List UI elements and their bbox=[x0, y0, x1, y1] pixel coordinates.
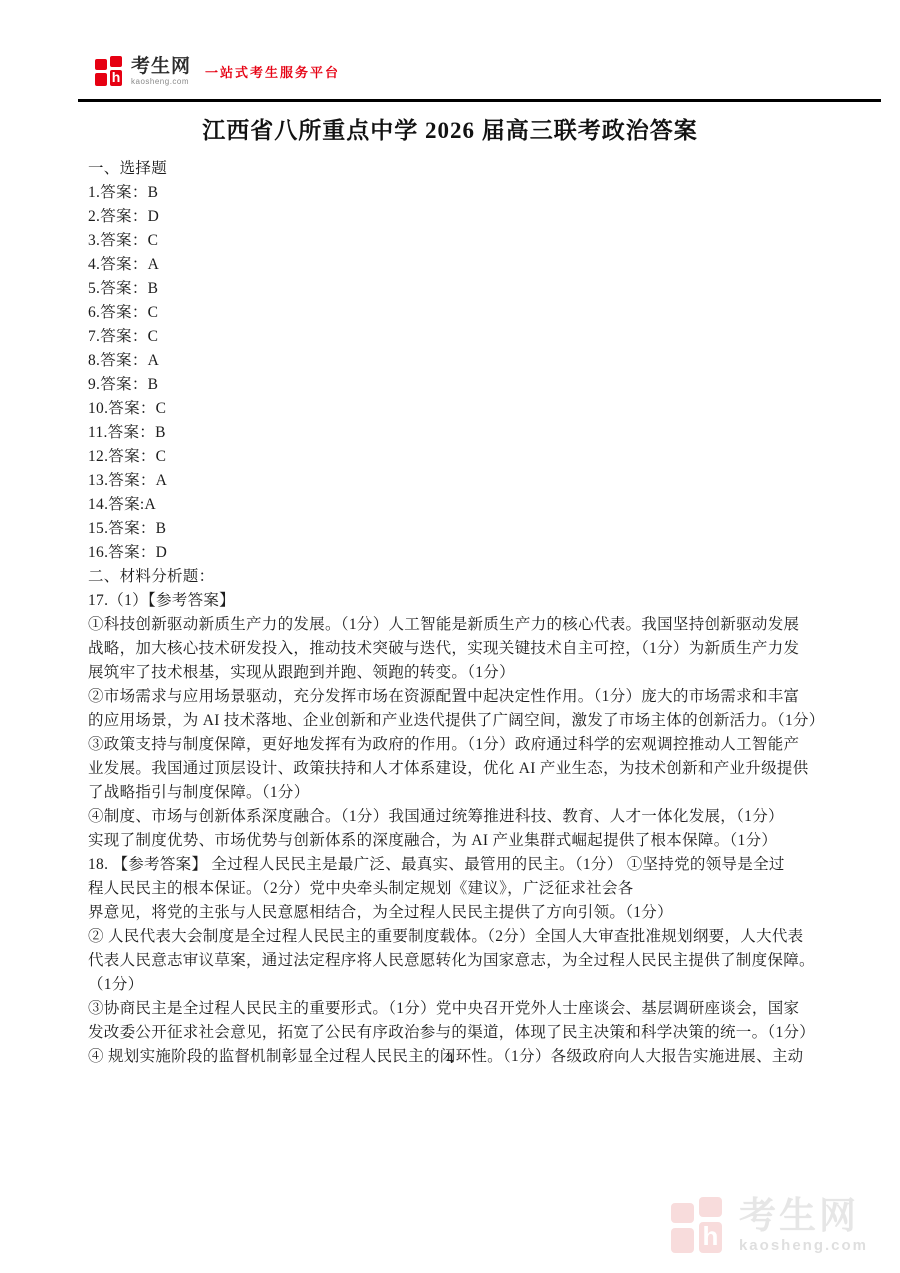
answer-text-line: 战略，加大核心技术研发投入，推动技术突破与迭代，实现关键技术自主可控，（1分）为… bbox=[88, 637, 832, 661]
watermark: h 考生网 kaosheng.com bbox=[671, 1197, 868, 1253]
answer-text-line: ①科技创新驱动新质生产力的发展。（1分）人工智能是新质生产力的核心代表。我国坚持… bbox=[88, 613, 832, 637]
answer-line: 10.答案：C bbox=[88, 397, 832, 421]
answer-text-line: ③协商民主是全过程人民民主的重要形式。（1分）党中央召开党外人士座谈会、基层调研… bbox=[88, 997, 832, 1021]
answer-text-line: 的应用场景，为 AI 技术落地、企业创新和产业迭代提供了广阔空间，激发了市场主体… bbox=[88, 709, 832, 733]
logo-block bbox=[95, 73, 107, 86]
answer-text-line: ② 人民代表大会制度是全过程人民民主的重要制度载体。（2分）全国人大审查批准规划… bbox=[88, 925, 832, 949]
answer-text-line: 实现了制度优势、市场优势与创新体系的深度融合，为 AI 产业集群式崛起提供了根本… bbox=[88, 829, 832, 853]
answer-line: 16.答案：D bbox=[88, 541, 832, 565]
answer-line: 15.答案：B bbox=[88, 517, 832, 541]
logo-h-cut: h bbox=[110, 69, 122, 86]
logo-block bbox=[95, 59, 107, 70]
answer-line: 6.答案：C bbox=[88, 301, 832, 325]
page-number: 4 bbox=[0, 1052, 900, 1068]
answer-line: 12.答案：C bbox=[88, 445, 832, 469]
watermark-domain-text: kaosheng.com bbox=[739, 1238, 868, 1253]
q17-label: 17.（1）【参考答案】 bbox=[88, 589, 832, 613]
answer-line: 11.答案：B bbox=[88, 421, 832, 445]
logo-tagline: 一站式考生服务平台 bbox=[205, 62, 340, 81]
answer-line: 8.答案：A bbox=[88, 349, 832, 373]
header-divider-rule bbox=[78, 99, 881, 102]
watermark-logo-block bbox=[671, 1228, 694, 1253]
answer-line: 1.答案：B bbox=[88, 181, 832, 205]
answer-text-line: 业发展。我国通过顶层设计、政策扶持和人才体系建设，优化 AI 产业生态，为技术创… bbox=[88, 757, 832, 781]
kaosheng-watermark-logo-icon: h bbox=[671, 1197, 727, 1253]
answer-line: 2.答案：D bbox=[88, 205, 832, 229]
q18-answer-text: 18. 【参考答案】 全过程人民民主是最广泛、最真实、最管用的民主。（1分） ①… bbox=[88, 853, 832, 1069]
page-title: 江西省八所重点中学 2026 届高三联考政治答案 bbox=[0, 112, 900, 145]
section-heading-material: 二、材料分析题： bbox=[88, 565, 832, 589]
answer-text-line: ②市场需求与应用场景驱动，充分发挥市场在资源配置中起决定性作用。（1分）庞大的市… bbox=[88, 685, 832, 709]
answer-text-line: 程人民民主的根本保证。（2分）党中央牵头制定规划《建议》，广泛征求社会各 bbox=[88, 877, 832, 901]
watermark-text-group: 考生网 kaosheng.com bbox=[739, 1197, 868, 1253]
answer-text-line: 展筑牢了技术根基，实现从跟跑到并跑、领跑的转变。（1分） bbox=[88, 661, 832, 685]
answer-text-line: ③政策支持与制度保障，更好地发挥有为政府的作用。（1分）政府通过科学的宏观调控推… bbox=[88, 733, 832, 757]
answer-text-line: 了战略指引与制度保障。（1分） bbox=[88, 781, 832, 805]
logo-text-group: 考生网 kaosheng.com bbox=[131, 57, 191, 86]
watermark-brand-text: 考生网 bbox=[739, 1197, 868, 1234]
answer-line: 5.答案：B bbox=[88, 277, 832, 301]
answer-line: 4.答案：A bbox=[88, 253, 832, 277]
answer-text-line: 发改委公开征求社会意见，拓宽了公民有序政治参与的渠道，体现了民主决策和科学决策的… bbox=[88, 1021, 832, 1045]
logo-block bbox=[110, 56, 122, 67]
answer-line: 14.答案:A bbox=[88, 493, 832, 517]
answer-text-line: （1分） bbox=[88, 973, 832, 997]
watermark-logo-block bbox=[699, 1197, 722, 1217]
watermark-logo-block bbox=[671, 1203, 694, 1223]
answer-text-line: 18. 【参考答案】 全过程人民民主是最广泛、最真实、最管用的民主。（1分） ①… bbox=[88, 853, 832, 877]
q17-answer-text: ①科技创新驱动新质生产力的发展。（1分）人工智能是新质生产力的核心代表。我国坚持… bbox=[88, 613, 832, 853]
document-page: h 考生网 kaosheng.com 一站式考生服务平台 江西省八所重点中学 2… bbox=[0, 0, 900, 1273]
document-body: 一、选择题 1.答案：B2.答案：D3.答案：C4.答案：A5.答案：B6.答案… bbox=[88, 157, 832, 1069]
answer-text-line: 代表人民意志审议草案，通过法定程序将人民意愿转化为国家意志，为全过程人民民主提供… bbox=[88, 949, 832, 973]
answer-text-line: ④制度、市场与创新体系深度融合。（1分）我国通过统筹推进科技、教育、人才一体化发… bbox=[88, 805, 832, 829]
answer-text-line: 界意见，将党的主张与人民意愿相结合，为全过程人民民主提供了方向引领。（1分） bbox=[88, 901, 832, 925]
header: h 考生网 kaosheng.com 一站式考生服务平台 bbox=[95, 56, 805, 86]
logo-domain-text: kaosheng.com bbox=[131, 78, 191, 86]
answer-line: 13.答案：A bbox=[88, 469, 832, 493]
choice-answer-list: 1.答案：B2.答案：D3.答案：C4.答案：A5.答案：B6.答案：C7.答案… bbox=[88, 181, 832, 565]
section-heading-choice: 一、选择题 bbox=[88, 157, 832, 181]
answer-line: 3.答案：C bbox=[88, 229, 832, 253]
answer-line: 7.答案：C bbox=[88, 325, 832, 349]
watermark-logo-h-cut: h bbox=[699, 1220, 722, 1253]
answer-line: 9.答案：B bbox=[88, 373, 832, 397]
logo-brand-text: 考生网 bbox=[131, 57, 191, 76]
kaosheng-logo-icon: h bbox=[95, 56, 125, 86]
